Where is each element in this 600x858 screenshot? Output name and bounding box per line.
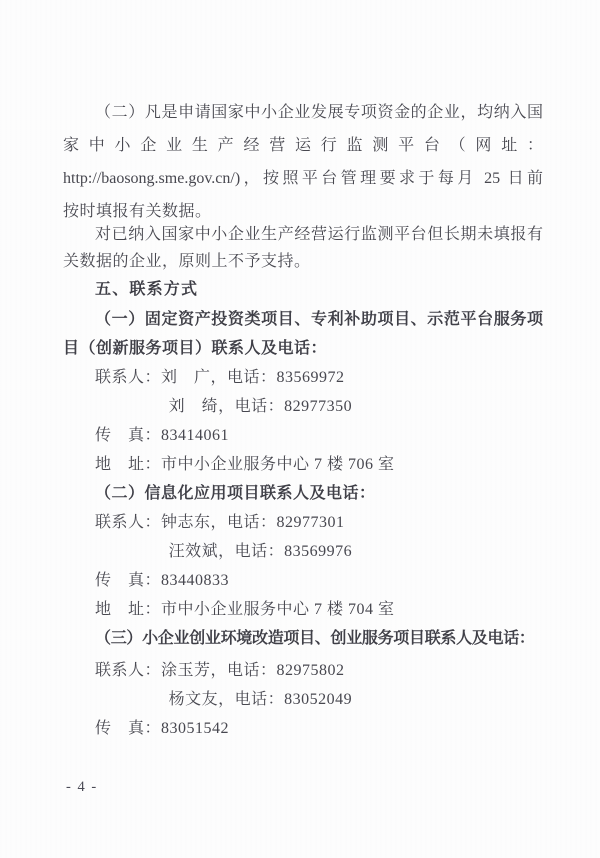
body-line: 关数据的企业，原则上不予支持。 [63, 248, 543, 275]
body-line: （二）凡是申请国家中小企业发展专项资金的企业，均纳入国 [63, 96, 543, 129]
page-number: - 4 - [66, 777, 98, 797]
fax-line: 传 真：83414061 [63, 421, 543, 450]
contact-person-line: 汪效斌，电话：83569976 [63, 537, 543, 566]
body-line: 家中小企业生产经营运行监测平台（网址： [63, 129, 543, 162]
body-line: 对已纳入国家中小企业生产经营运行监测平台但长期未填报有 [63, 221, 543, 248]
contact-person-line: 刘 绮，电话：82977350 [63, 392, 543, 421]
subsection-heading-line: 目（创新服务项目）联系人及电话： [63, 334, 543, 363]
body-line-url: http://baosong.sme.gov.cn/)，按照平台管理要求于每月 … [63, 162, 543, 195]
subsection-heading-line: （二）信息化应用项目联系人及电话： [63, 479, 543, 508]
subsection-heading-line: （三）小企业创业环境改造项目、创业服务项目联系人及电话： [63, 624, 543, 653]
fax-line: 传 真：83440833 [63, 566, 543, 595]
contact-person-line: 联系人：刘 广，电话：83569972 [63, 363, 543, 392]
document-page: （二）凡是申请国家中小企业发展专项资金的企业，均纳入国 家中小企业生产经营运行监… [63, 96, 543, 743]
address-line: 地 址：市中小企业服务中心 7 楼 706 室 [63, 450, 543, 479]
contact-person-line: 杨文友，电话：83052049 [63, 685, 543, 714]
section-heading: 五、联系方式 [63, 275, 543, 305]
address-line: 地 址：市中小企业服务中心 7 楼 704 室 [63, 595, 543, 624]
subsection-heading-line: （一）固定资产投资类项目、专利补助项目、示范平台服务项 [63, 305, 543, 334]
contact-person-line: 联系人：涂玉芳，电话：82975802 [63, 656, 543, 685]
contact-person-line: 联系人：钟志东，电话：82977301 [63, 508, 543, 537]
fax-line: 传 真：83051542 [63, 714, 543, 743]
